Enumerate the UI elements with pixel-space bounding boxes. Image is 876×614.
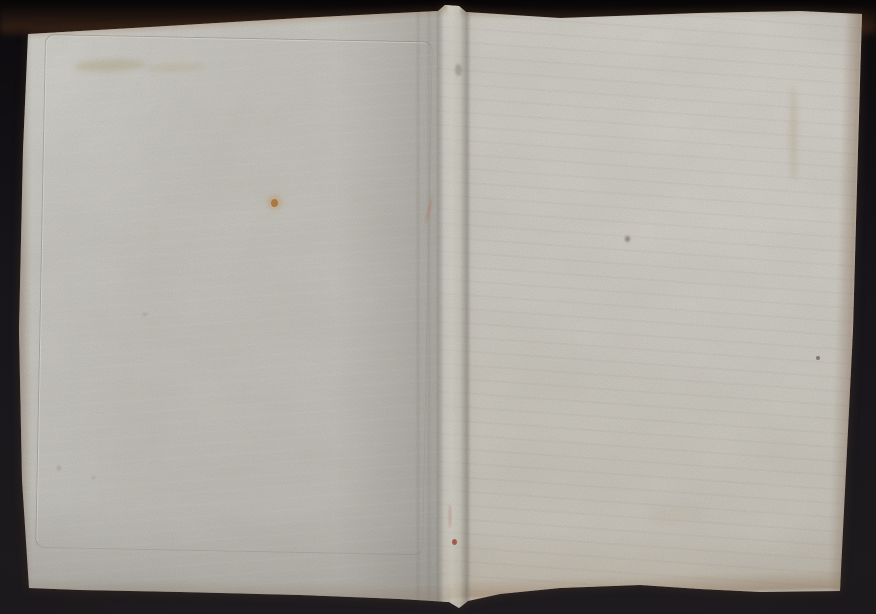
photo-stage [0,0,876,614]
photo-vignette [0,0,876,614]
